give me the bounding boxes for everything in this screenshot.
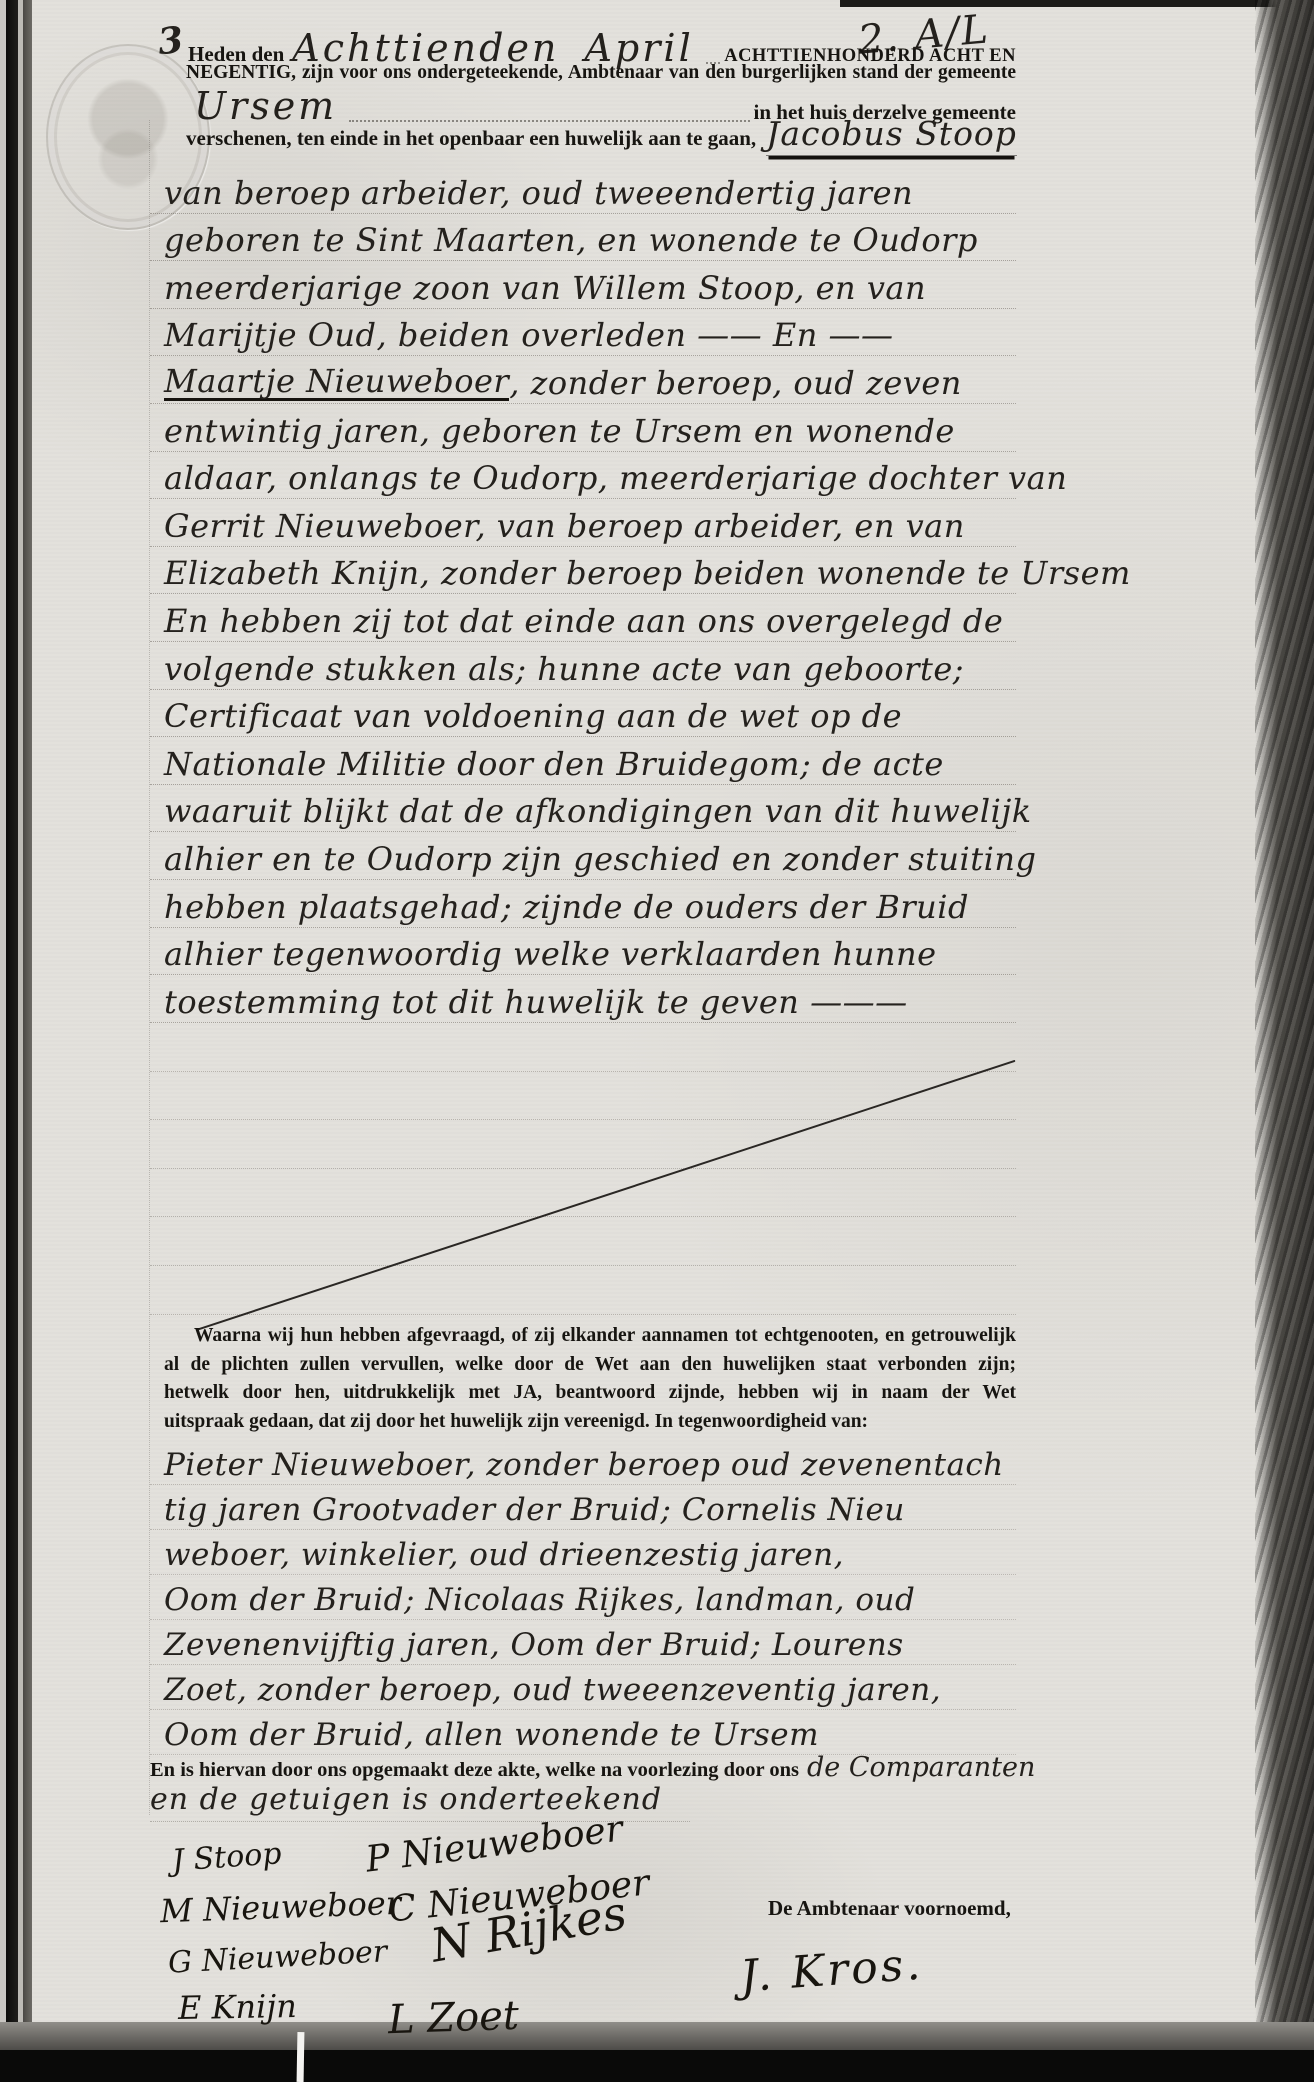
act-body-line: Elizabeth Knijn, zonder beroep beiden wo…	[150, 547, 1016, 595]
signature-witness-4: L Zoet	[387, 1993, 519, 2044]
act-body-text: hebben plaatsgehad; zijnde de ouders der…	[164, 891, 969, 923]
closing-handwritten: de Comparanten	[807, 1752, 1035, 1783]
witness-line: Oom der Bruid; Nicolaas Rijkes, landman,…	[150, 1575, 1016, 1620]
signature-registrar: J. Kros.	[738, 1939, 924, 2003]
scanned-marriage-act-page: 3 2. A/L Heden den Achttienden April ACH…	[0, 0, 1314, 2082]
act-body-text: van beroep arbeider, oud tweeendertig ja…	[164, 177, 913, 209]
blank-rule-line	[150, 1072, 1016, 1121]
vow-paragraph: Waarna wij hun hebben afgevraagd, of zij…	[150, 1322, 1016, 1436]
signature-groom: J Stoop	[171, 1836, 283, 1879]
act-body-line: van beroep arbeider, oud tweeendertig ja…	[150, 166, 1016, 214]
witness-line: Oom der Bruid, allen wonende te Ursem	[150, 1710, 1016, 1755]
act-body-text: aldaar, onlangs te Oudorp, meerderjarige…	[164, 462, 1067, 494]
witness-line: tig jaren Grootvader der Bruid; Cornelis…	[150, 1485, 1016, 1530]
vow-paragraph-line: hetwelk door hen, uitdrukkelijk met JA, …	[164, 1379, 1016, 1408]
vow-paragraph-line: Waarna wij hun hebben afgevraagd, of zij…	[164, 1322, 1016, 1351]
act-body-line: En hebben zij tot dat einde aan ons over…	[150, 594, 1016, 642]
act-body-text: En hebben zij tot dat einde aan ons over…	[164, 605, 1003, 637]
act-body-line: alhier tegenwoordig welke verklaarden hu…	[150, 928, 1016, 976]
signature-bride: M Nieuweboer	[159, 1884, 401, 1930]
blank-rule-line	[150, 1217, 1016, 1266]
act-body-text: geboren te Sint Maarten, en wonende te O…	[164, 224, 978, 256]
act-body-text: Elizabeth Knijn, zonder beroep beiden wo…	[164, 557, 1131, 589]
binding-strip-shadow	[23, 0, 32, 2082]
act-body-text: volgende stukken als; hunne acte van geb…	[164, 653, 964, 685]
witness-line: Zoet, zonder beroep, oud tweeenzeventig …	[150, 1665, 1016, 1710]
binding-strip-dark	[6, 0, 18, 2082]
act-body: van beroep arbeider, oud tweeendertig ja…	[150, 166, 1016, 1023]
printed-verschenen: verschenen, ten einde in het openbaar ee…	[186, 126, 756, 151]
act-body-line: entwintig jaren, geboren te Ursem en won…	[150, 404, 1016, 452]
act-body-line: toestemming tot dit huwelijk te geven ——…	[150, 975, 1016, 1023]
signature-father-bride: G Nieuweboer	[167, 1934, 388, 1980]
act-body-text: toestemming tot dit huwelijk te geven ——…	[164, 986, 908, 1018]
header-row-groom: verschenen, ten einde in het openbaar ee…	[150, 114, 1016, 156]
act-body-text: waaruit blijkt dat de afkondigingen van …	[164, 795, 1032, 827]
act-body-text: meerderjarige zoon van Willem Stoop, en …	[164, 272, 926, 304]
blank-rule-line	[150, 1169, 1016, 1218]
act-body-text: Gerrit Nieuweboer, van beroep arbeider, …	[164, 510, 965, 542]
bottom-page-marker	[297, 2032, 305, 2082]
scan-top-edge	[840, 0, 1314, 7]
act-body-line: Maartje Nieuweboer , zonder beroep, oud …	[150, 356, 1016, 404]
act-body-line: alhier en te Oudorp zijn geschied en zon…	[150, 832, 1016, 880]
blank-rule-line	[150, 1023, 1016, 1072]
act-body-line: geboren te Sint Maarten, en wonende te O…	[150, 214, 1016, 262]
signature-mother-bride: E Knijn	[178, 1987, 297, 2027]
witness-line: Pieter Nieuweboer, zonder beroep oud zev…	[150, 1440, 1016, 1485]
vow-paragraph-line: uitspraak gedaan, dat zij door het huwel…	[164, 1408, 1016, 1437]
act-body-text: entwintig jaren, geboren te Ursem en won…	[164, 415, 955, 447]
act-body-line: Nationale Militie door den Bruidegom; de…	[150, 737, 1016, 785]
act-body-line: Marijtje Oud, beiden overleden —— En ——	[150, 309, 1016, 357]
witness-section: Pieter Nieuweboer, zonder beroep oud zev…	[150, 1440, 1016, 1755]
vow-paragraph-line: al de plichten zullen vervullen, welke d…	[164, 1351, 1016, 1380]
act-body-line: volgende stukken als; hunne acte van geb…	[150, 642, 1016, 690]
header-row-official: NEGENTIG, zijn voor ons ondergeteekende,…	[150, 60, 1016, 86]
closing-row: En is hiervan door ons opgemaakt deze ak…	[150, 1752, 1300, 1783]
blank-ruled-area	[150, 1023, 1016, 1315]
underlined-name: Maartje Nieuweboer	[164, 365, 509, 401]
witness-line: Zevenenvijftig jaren, Oom der Bruid; Lou…	[150, 1620, 1016, 1665]
witness-line: weboer, winkelier, oud drieenzestig jare…	[150, 1530, 1016, 1575]
act-body-text: Nationale Militie door den Bruidegom; de…	[164, 748, 944, 780]
blank-rule-line	[150, 1120, 1016, 1169]
act-body-line: aldaar, onlangs te Oudorp, meerderjarige…	[150, 452, 1016, 500]
official-label: De Ambtenaar voornoemd,	[768, 1896, 1011, 1921]
act-body-line: hebben plaatsgehad; zijnde de ouders der…	[150, 880, 1016, 928]
act-body-line: Certificaat van voldoening aan de wet op…	[150, 690, 1016, 738]
book-bottom-shadow	[0, 2050, 1314, 2082]
act-body-text: alhier tegenwoordig welke verklaarden hu…	[164, 938, 937, 970]
act-body-text: Marijtje Oud, beiden overleden —— En ——	[164, 319, 893, 351]
act-body-line: waaruit blijkt dat de afkondigingen van …	[150, 785, 1016, 833]
act-body-text: alhier en te Oudorp zijn geschied en zon…	[164, 843, 1036, 875]
blank-rule-line	[150, 1266, 1016, 1315]
closing-printed: En is hiervan door ons opgemaakt deze ak…	[150, 1759, 799, 1782]
act-body-text: , zonder beroep, oud zeven	[509, 367, 962, 399]
act-body-line: Gerrit Nieuweboer, van beroep arbeider, …	[150, 499, 1016, 547]
act-body-line: meerderjarige zoon van Willem Stoop, en …	[150, 261, 1016, 309]
act-body-text: Certificaat van voldoening aan de wet op…	[164, 700, 902, 732]
handwritten-groom-name: Jacobus Stoop	[766, 114, 1017, 156]
